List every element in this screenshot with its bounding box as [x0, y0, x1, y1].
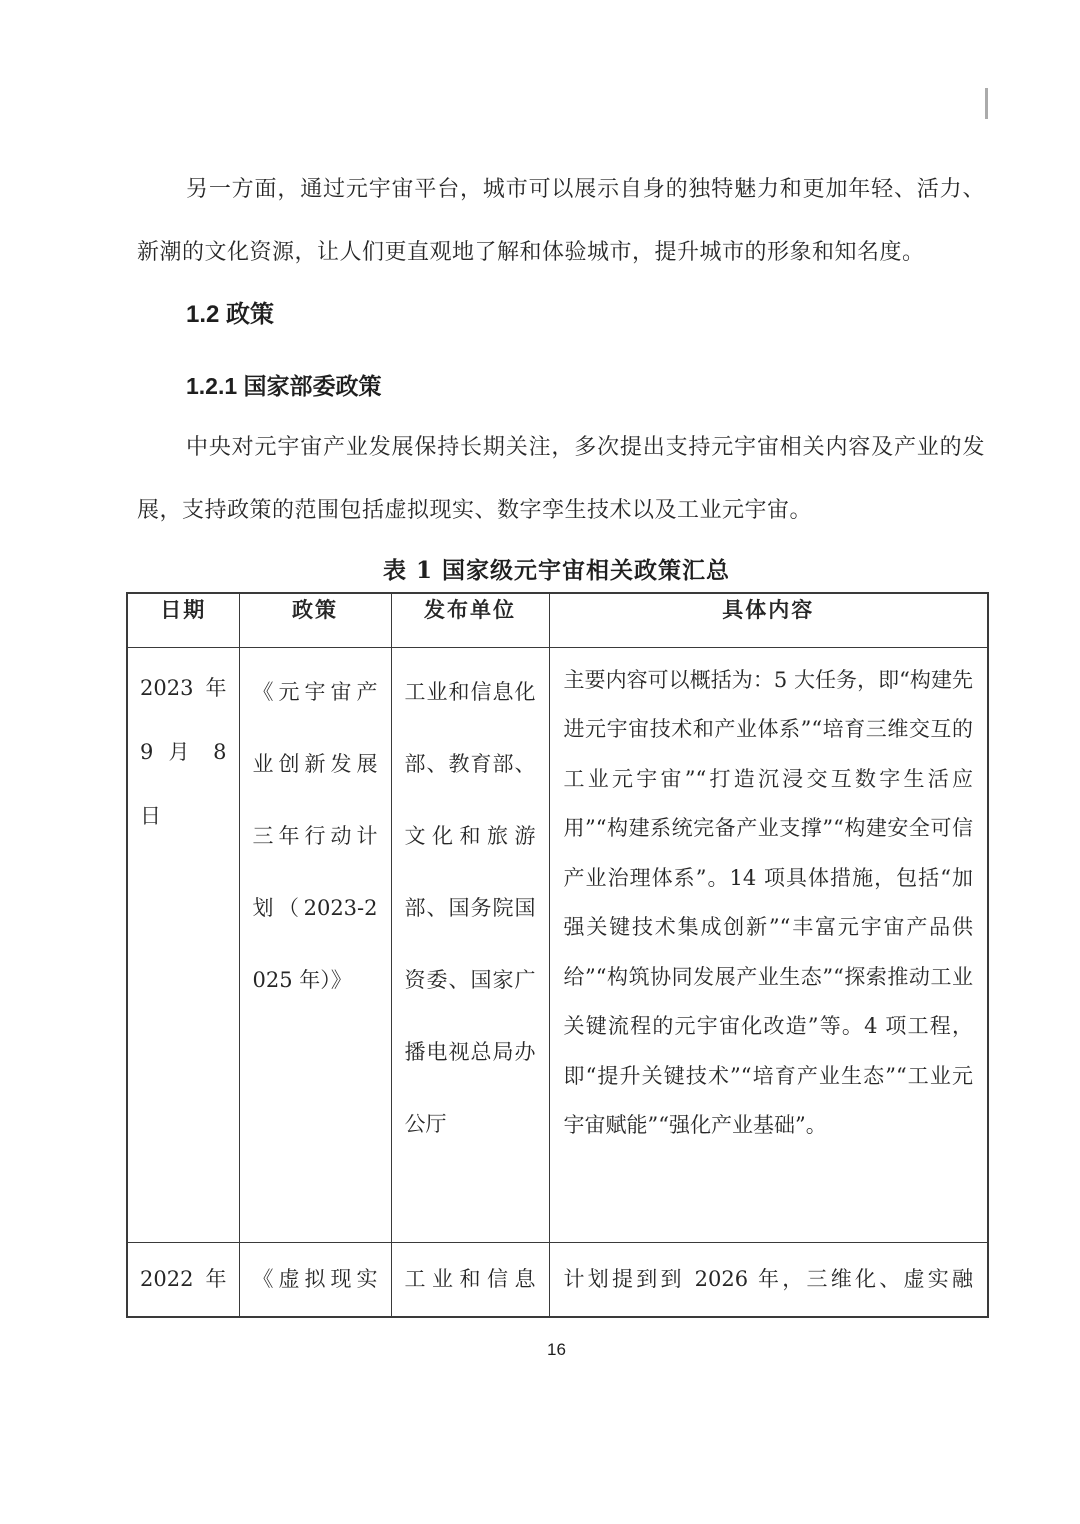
- section-heading-policy: 1.2 政策: [186, 300, 987, 330]
- column-header-date: 日期: [127, 593, 239, 647]
- cell-date: 2023 年 9 月 8 日: [127, 647, 239, 1242]
- cell-content: 计划提到到 2026 年，三维化、虚实融: [549, 1242, 988, 1317]
- column-header-policy: 政策: [239, 593, 391, 647]
- cell-issuer: 工业和信息: [391, 1242, 549, 1317]
- table-row-truncated: 2022 年 《虚拟现实 工业和信息 计划提到到 2026 年，三维化、虚实融: [127, 1242, 988, 1317]
- page-number: 16: [126, 1340, 987, 1360]
- document-page: 另一方面，通过元宇宙平台，城市可以展示自身的独特魅力和更加年轻、活力、新潮的文化…: [0, 0, 1080, 1524]
- paragraph-central-support: 中央对元宇宙产业发展保持长期关注，多次提出支持元宇宙相关内容及产业的发展，支持政…: [137, 416, 985, 542]
- subsection-heading-national-ministry-policy: 1.2.1 国家部委政策: [186, 371, 987, 401]
- paragraph-metaverse-city: 另一方面，通过元宇宙平台，城市可以展示自身的独特魅力和更加年轻、活力、新潮的文化…: [137, 158, 985, 284]
- cell-policy: 《元宇宙产业创新发展三年行动计划（2023-2025 年）》: [239, 647, 391, 1242]
- column-header-issuer: 发布单位: [391, 593, 549, 647]
- page-content: 另一方面，通过元宇宙平台，城市可以展示自身的独特魅力和更加年轻、活力、新潮的文化…: [126, 0, 987, 1360]
- cell-issuer: 工业和信息化部、教育部、文化和旅游部、国务院国资委、国家广播电视总局办公厅: [391, 647, 549, 1242]
- cell-content: 主要内容可以概括为：5 大任务，即“构建先进元宇宙技术和产业体系”“培育三维交互…: [549, 647, 988, 1242]
- cell-policy: 《虚拟现实: [239, 1242, 391, 1317]
- policy-table: 日期 政策 发布单位 具体内容 2023 年 9 月 8 日 《元宇宙产业创新发…: [126, 592, 989, 1318]
- table-header-row: 日期 政策 发布单位 具体内容: [127, 593, 988, 647]
- cell-date: 2022 年: [127, 1242, 239, 1317]
- table-row: 2023 年 9 月 8 日 《元宇宙产业创新发展三年行动计划（2023-202…: [127, 647, 988, 1242]
- table-caption: 表 1 国家级元宇宙相关政策汇总: [126, 556, 987, 586]
- column-header-content: 具体内容: [549, 593, 988, 647]
